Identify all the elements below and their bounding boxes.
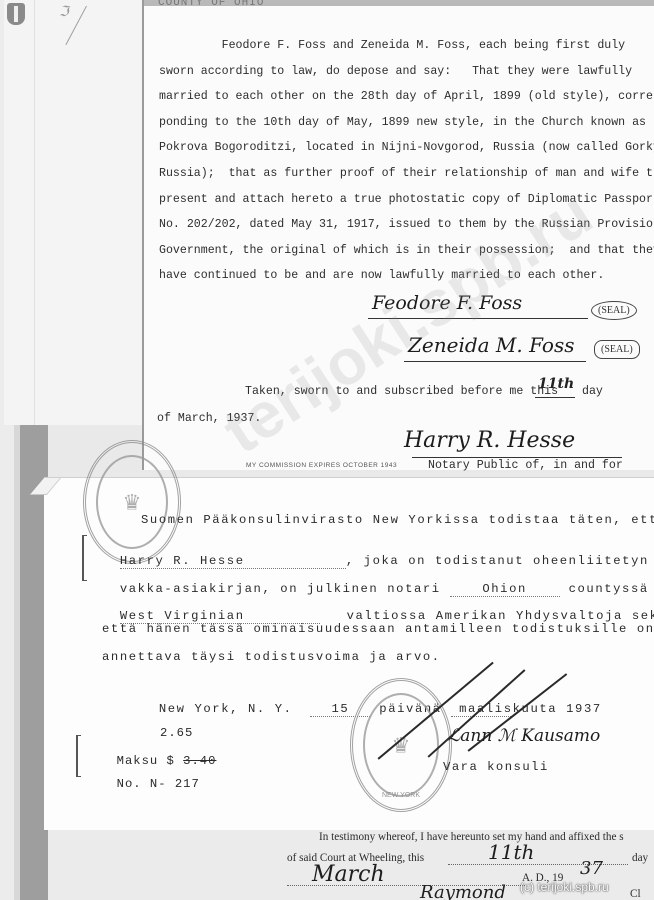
finnish-lion-icon: ♛ [124,487,140,518]
stamp-city: NEW YORK [353,792,449,799]
affidavit-line: have continued to be and are now lawfull… [159,263,649,289]
affidavit-line: sworn according to law, do depose and sa… [159,59,649,85]
signature-zeneida-text: Zeneida M. Foss [408,333,574,357]
consulate-line-3: vakka-asiakirjan, on julkinen notari Ohi… [102,568,649,597]
consulate-line-4: West Virginian valtiossa Amerikan Yhdysv… [102,595,654,624]
consulate-line-3-start: vakka-asiakirjan, on julkinen notari [120,582,441,596]
notary-signature-line [412,457,622,458]
consulate-line-5: että hänen tässä ominaisuudessaan antami… [102,622,654,636]
signature-line [368,318,588,319]
consulate-line-2-rest: , joka on todistanut oheenliitetyn [346,554,649,568]
court-line-4-end: Cl [630,888,641,900]
sheet-edge [34,0,35,425]
margin-bracket [82,535,87,581]
jurat-day: 11th [538,376,574,392]
clerk-signature: Raymond [420,882,506,900]
court-year-fill: 37 [580,858,603,879]
affidavit-line: Russia); that as further proof of their … [159,161,649,187]
seal-badge: (SEAL) [594,340,640,359]
court-day-fill: 11th [488,840,534,864]
number-line: No. N- 217 [100,763,200,791]
seal-badge: (SEAL) [591,301,637,320]
consul-signature: ℒann ℳ Kausamo [428,690,598,765]
signature-line [404,361,586,362]
affidavit-line: Pokrova Bogoroditzi, located in Nijni-No… [159,135,649,161]
commission-expiry: MY COMMISSION EXPIRES OCTOBER 1943 [246,462,397,469]
fee-value: 2.65 [160,726,193,740]
consul-signature-text: ℒann ℳ Kausamo [448,726,600,746]
affidavit-line: Feodore F. Foss and Zeneida M. Foss, eac… [159,33,649,59]
place: New York, N. Y. [159,702,293,716]
notary-title: Notary Public of, in and for [428,459,623,472]
county-header: COUNTY OF OHIO [158,0,264,9]
notary-signature: Harry R. Hesse [404,428,575,453]
margin-bracket [76,735,81,777]
consulate-line-3-rest: countyssä [569,582,649,596]
corner-logo-icon [7,3,25,25]
jurat-text: Taken, sworn to and subscribed before me… [245,385,558,398]
jurat-month-year: of March, 1937. [157,412,261,425]
notary-name-fill: Harry R. Hesse [120,554,346,569]
affidavit-line: married to each other on the 28th day of… [159,84,649,110]
consulate-line-6: annettava täysi todistusvoima ja arvo. [102,650,441,664]
affidavit-line: ponding to the 10th day of May, 1899 new… [159,110,649,136]
court-line-1: In testimony whereof, I have hereunto se… [319,831,624,843]
jurat-day-line [535,397,575,398]
affidavit-body: Feodore F. Foss and Zeneida M. Foss, eac… [159,33,649,289]
affidavit-line: No. 202/202, dated May 31, 1917, issued … [159,212,649,238]
signature-feodore-text: Feodore F. Foss [372,292,522,314]
signatory-title: Vara konsuli [443,760,549,774]
court-month-fill: March [312,862,385,887]
consulate-line-1: Suomen Pääkonsulinvirasto New Yorkissa t… [141,513,654,527]
underlying-sheet: ℑ [4,0,155,425]
number-value: 217 [175,777,200,791]
affidavit-line: Government, the original of which is in … [159,238,649,264]
jurat-day-suffix: day [582,385,603,398]
corner-watermark: (c) terijoki.spb.ru [520,880,609,894]
affidavit-sheet: COUNTY OF OHIO Feodore F. Foss and Zenei… [142,0,654,470]
pencil-mark: ℑ [59,4,69,20]
court-line-2-end: day [632,852,648,864]
affidavit-line: present and attach hereto a true photost… [159,187,649,213]
consulate-line-4-rest: valtiossa Amerikan Yhdysvaltoja sekä [347,609,654,623]
consulate-line-2: Harry R. Hesse, joka on todistanut oheen… [102,540,649,569]
number-label: No. N- [117,777,167,791]
